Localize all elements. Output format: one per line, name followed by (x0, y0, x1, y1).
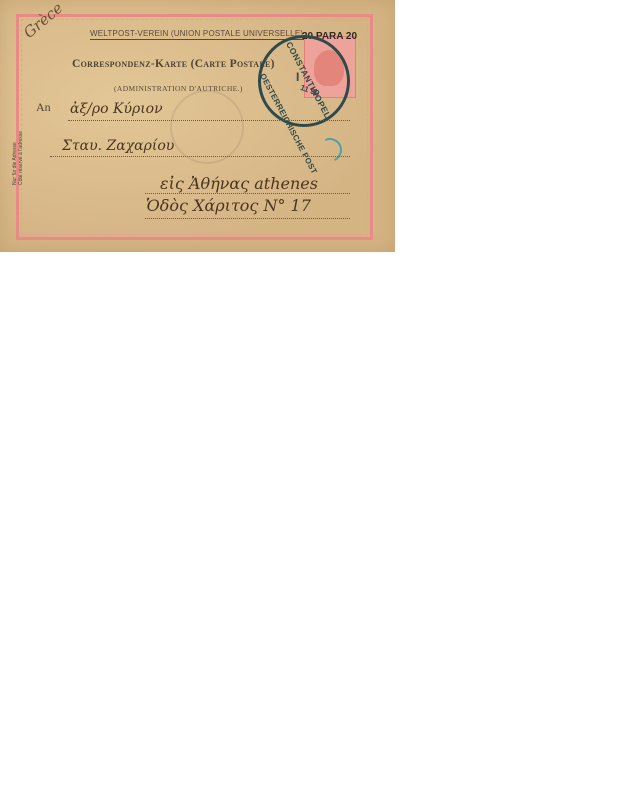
side-note: Nur für die Adresse Côté réservé à l'adr… (12, 131, 24, 185)
faint-postmark (170, 90, 244, 164)
address-line-3-rule (145, 193, 350, 194)
administration-label: (ADMINISTRATION D'AUTRICHE.) (114, 84, 243, 93)
address-line-4: Ὁδὸς Χάριτος Ν° 17 (146, 196, 311, 215)
address-line-3: εἰς Ἀθήνας athenes (160, 174, 318, 193)
side-note-line2: Côté réservé à l'adresse (18, 131, 24, 185)
address-line-1-rule (68, 120, 350, 121)
postcard: WELTPOST-VEREIN (UNION POSTALE UNIVERSEL… (0, 0, 395, 252)
address-prefix: An (36, 100, 51, 115)
address-line-2: Σταυ. Ζαχαρίου (62, 138, 174, 154)
address-line-2-rule (50, 156, 350, 157)
address-line-4-rule (145, 218, 350, 219)
card-title: Correspondenz-Karte (Carte Postale) (72, 58, 275, 70)
postmark-middle-text: I (296, 70, 299, 84)
union-header: WELTPOST-VEREIN (UNION POSTALE UNIVERSEL… (90, 29, 306, 40)
address-line-1: ἀξ/ρο Κύριον (70, 101, 163, 117)
